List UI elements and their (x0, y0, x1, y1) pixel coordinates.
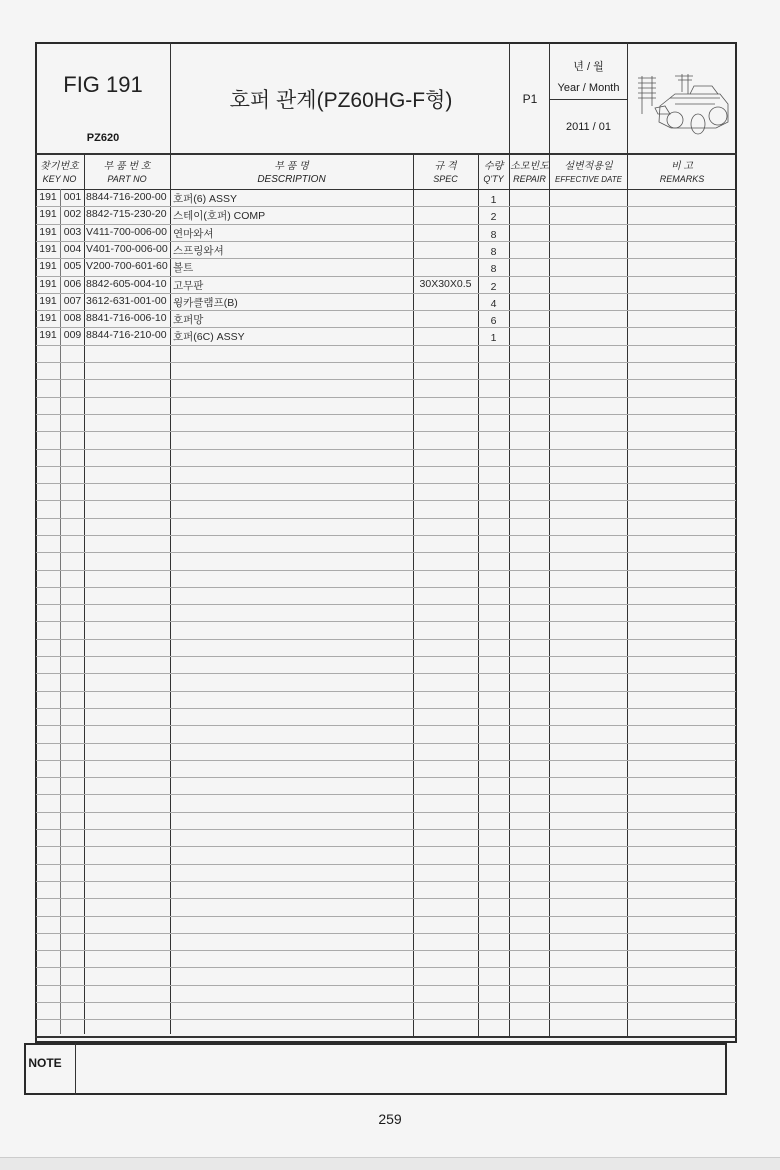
row-rule (36, 656, 736, 657)
year-month-label-en: Year / Month (551, 82, 626, 94)
col-qty-en: Q'TY (478, 174, 509, 184)
column-divider (170, 154, 171, 1034)
row-rule (36, 760, 736, 761)
model-name: PZ620 (37, 132, 169, 144)
fig-number: 191 (37, 260, 59, 272)
description: 고무판 (173, 278, 411, 293)
year-month-value: 2011 / 01 (551, 121, 626, 133)
part-number: V401-700-006-00 (86, 243, 170, 255)
column-divider (509, 154, 510, 1037)
fig-number: 191 (37, 295, 59, 307)
row-rule (36, 950, 736, 951)
year-month-label-ko: 년 / 월 (551, 58, 626, 74)
col-part-no-ko: 부 품 번 호 (84, 157, 170, 172)
col-repair-en: REPAIR (509, 174, 550, 184)
note-label: NOTE (26, 1056, 64, 1070)
key-number: 008 (61, 312, 84, 324)
row-rule (36, 206, 736, 207)
row-rule (36, 1002, 736, 1003)
key-number: 006 (61, 278, 84, 290)
row-rule (36, 293, 736, 294)
row-rule (36, 621, 736, 622)
page-number: 259 (0, 1111, 780, 1127)
col-description-ko: 부 품 명 (170, 157, 413, 172)
part-number: 8844-716-200-00 (86, 191, 170, 203)
description: 스프링와셔 (173, 243, 411, 258)
quantity: 2 (478, 211, 509, 223)
row-rule (36, 794, 736, 795)
row-rule (36, 276, 736, 277)
row-rule (36, 587, 736, 588)
row-rule (36, 414, 736, 415)
note-divider (75, 1043, 76, 1095)
note-content (77, 1045, 725, 1093)
row-rule (36, 967, 736, 968)
row-rule (36, 310, 736, 311)
fig-number: 191 (37, 191, 59, 203)
row-rule (36, 985, 736, 986)
row-rule (36, 327, 736, 328)
part-number: 8842-605-004-10 (86, 278, 170, 290)
header-bottom-border (35, 153, 737, 155)
key-number: 002 (61, 208, 84, 220)
row-rule (36, 639, 736, 640)
table-bottom-border (35, 1036, 737, 1038)
key-number: 003 (61, 226, 84, 238)
fig-number: 191 (37, 226, 59, 238)
row-rule (36, 604, 736, 605)
description: 호퍼(6C) ASSY (173, 329, 411, 344)
part-number: V200-700-601-60 (86, 260, 170, 272)
row-rule (36, 483, 736, 484)
description: 호퍼(6) ASSY (173, 191, 411, 206)
description: 호퍼망 (173, 312, 411, 327)
quantity: 8 (478, 246, 509, 258)
page-title: 호퍼 관계(PZ60HG-F형) (172, 84, 510, 114)
row-rule (36, 362, 736, 363)
row-rule (36, 864, 736, 865)
description: 윙카클램프(B) (173, 295, 411, 310)
description: 연마와셔 (173, 226, 411, 241)
row-rule (36, 708, 736, 709)
fig-number: 191 (37, 329, 59, 341)
column-header-bottom (35, 189, 737, 190)
row-rule (36, 812, 736, 813)
header-divider (549, 99, 627, 100)
col-qty-ko: 수량 (478, 157, 509, 172)
row-rule (36, 916, 736, 917)
page-id: P1 (511, 92, 549, 106)
quantity: 1 (478, 332, 509, 344)
quantity: 1 (478, 194, 509, 206)
figure-number: FIG 191 (37, 72, 169, 98)
row-rule (36, 500, 736, 501)
row-rule (36, 725, 736, 726)
key-number: 009 (61, 329, 84, 341)
row-rule (36, 881, 736, 882)
quantity: 8 (478, 229, 509, 241)
header-divider (627, 42, 628, 154)
row-rule (36, 466, 736, 467)
part-number: V411-700-006-00 (86, 226, 170, 238)
row-rule (36, 777, 736, 778)
col-description-en: DESCRIPTION (170, 174, 413, 185)
col-part-no-en: PART NO (84, 174, 170, 184)
part-number: 8842-715-230-20 (86, 208, 170, 220)
col-key-no-en: KEY NO (35, 174, 84, 184)
fig-number: 191 (37, 312, 59, 324)
spec: 30X30X0.5 (413, 278, 478, 290)
column-divider (627, 154, 628, 1038)
column-divider (549, 154, 550, 1038)
header-divider (549, 42, 550, 154)
col-spec-en: SPEC (413, 174, 478, 184)
col-effective-date-en: EFFECTIVE DATE (550, 175, 627, 184)
col-remarks-ko: 비 고 (627, 157, 737, 172)
col-remarks-en: REMARKS (627, 174, 737, 184)
row-rule (36, 224, 736, 225)
part-number: 8844-716-210-00 (86, 329, 170, 341)
fig-number: 191 (37, 278, 59, 290)
row-rule (36, 552, 736, 553)
row-rule (36, 449, 736, 450)
row-rule (36, 241, 736, 242)
row-rule (36, 1019, 736, 1020)
row-rule (36, 431, 736, 432)
scan-edge (0, 1157, 780, 1170)
row-rule (36, 933, 736, 934)
fig-number: 191 (37, 243, 59, 255)
part-number: 3612-631-001-00 (86, 295, 170, 307)
row-rule (36, 673, 736, 674)
fig-number: 191 (37, 208, 59, 220)
row-rule (36, 535, 736, 536)
key-number: 007 (61, 295, 84, 307)
row-rule (36, 258, 736, 259)
row-rule (36, 691, 736, 692)
description: 스테이(호퍼) COMP (173, 208, 411, 223)
description: 볼트 (173, 260, 411, 275)
key-number: 005 (61, 260, 84, 272)
row-rule (36, 846, 736, 847)
row-rule (36, 570, 736, 571)
row-rule (36, 743, 736, 744)
row-rule (36, 379, 736, 380)
quantity: 4 (478, 298, 509, 310)
quantity: 6 (478, 315, 509, 327)
quantity: 2 (478, 281, 509, 293)
row-rule (36, 345, 736, 346)
row-rule (36, 518, 736, 519)
col-repair-ko: 소모빈도 (509, 157, 550, 172)
key-number: 001 (61, 191, 84, 203)
rice-transplanter-illustration-icon (630, 58, 735, 143)
col-effective-date-ko: 설변적용일 (550, 157, 627, 172)
column-divider (84, 154, 85, 1034)
part-number: 8841-716-006-10 (86, 312, 170, 324)
key-number: 004 (61, 243, 84, 255)
row-rule (36, 898, 736, 899)
header-divider (170, 42, 171, 154)
row-rule (36, 829, 736, 830)
row-rule (36, 397, 736, 398)
col-key-no-ko: 찾기번호 (35, 157, 84, 172)
col-spec-ko: 규 격 (413, 157, 478, 172)
quantity: 8 (478, 263, 509, 275)
